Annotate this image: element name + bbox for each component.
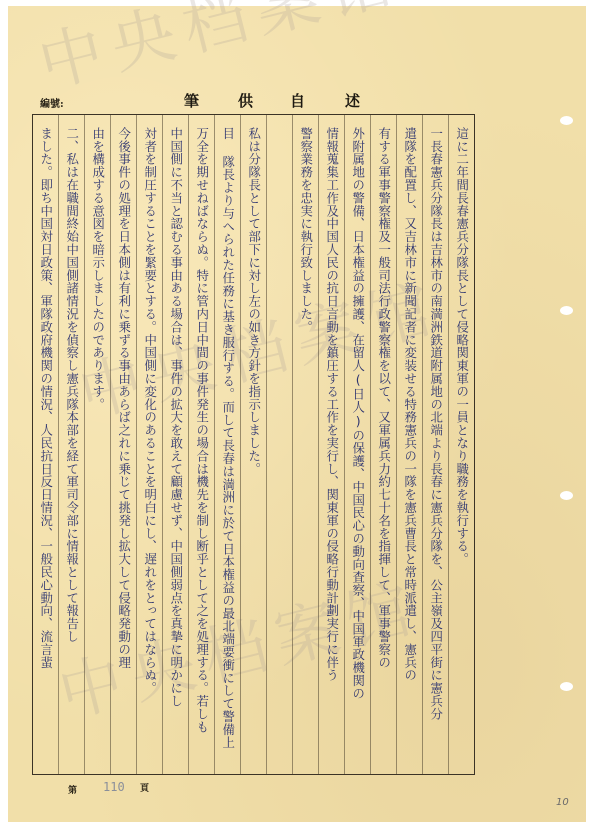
column-text: 一長春憲兵分隊長は吉林市の南満洲鉄道附属地の北端より長春に憲兵分隊を、公主嶺及四… (429, 127, 441, 720)
text-column: 由を構成する意図を暗示しましたのであります。 (84, 115, 110, 774)
column-text: 万全を期せねばならぬ。特に管内日中間の事件発生の場合は機先を制し断乎として之を処… (195, 127, 207, 733)
text-column: ました。即ち中国対日政策、軍隊政府機関の情況、人民抗日反日情況、一般民心動向、流… (33, 115, 58, 774)
text-column: 這に二年間長春憲兵分隊長として侵略関東軍の一員となり職務を執行する。 (448, 115, 474, 774)
title-char: 述 (345, 90, 360, 111)
title-char: 供 (238, 90, 253, 111)
column-text: 外附属地の警備、日本権益の擁護、在留人(日人)の保護、中国民心の動向査察、中国軍… (351, 127, 363, 700)
punch-hole (560, 306, 573, 315)
page-suffix-label: 頁 (140, 781, 149, 794)
text-column: 一長春憲兵分隊長は吉林市の南満洲鉄道附属地の北端より長春に憲兵分隊を、公主嶺及四… (422, 115, 448, 774)
column-text: 目 隊長より与へられた任務に基き服行する。而して長春は満洲に於て日本権益の最北端… (221, 127, 233, 749)
column-text: 二、私は在職間終始中国側諸情況を偵察し憲兵隊本部を経て軍司令部に情報として報告し (65, 127, 77, 643)
column-text: 遣隊を配置し、又吉林市に新聞記者に変装せる特務憲兵の一隊を憲兵曹長と常時派遣し、… (403, 127, 415, 682)
column-text: 這に二年間長春憲兵分隊長として侵略関東軍の一員となり職務を執行する。 (455, 127, 467, 566)
column-text: 由を構成する意図を暗示しましたのであります。 (91, 127, 103, 411)
text-column (266, 115, 292, 774)
column-text: 情報蒐集工作及中国人民の抗日言動を鎮圧する工作を実行し、関東軍の侵略行動計劃実行… (325, 127, 337, 682)
text-column: 対者を制圧することを緊要とする。中国側に変化のあることを明白にし、遅れをとっては… (136, 115, 162, 774)
column-text: 今後事件の処理を日本側は有利に乗ずる事由あらば之れに乗じて挑発し拡大して侵略発動… (117, 127, 129, 669)
text-column: 私は分隊長として部下に対し左の如き方針を指示しました。 (240, 115, 266, 774)
punch-hole (560, 491, 573, 500)
text-column: 目 隊長より与へられた任務に基き服行する。而して長春は満洲に於て日本権益の最北端… (214, 115, 240, 774)
title-char: 筆 (184, 90, 199, 111)
page-prefix-label: 第 (68, 783, 77, 796)
text-column: 外附属地の警備、日本権益の擁護、在留人(日人)の保護、中国民心の動向査察、中国軍… (344, 115, 370, 774)
page-number: 110 (103, 780, 125, 794)
punch-hole (560, 116, 573, 125)
column-text: 警察業務を忠実に執行致しました。 (299, 127, 311, 333)
text-column: 万全を期せねばならぬ。特に管内日中間の事件発生の場合は機先を制し断乎として之を処… (188, 115, 214, 774)
title-char: 自 (290, 90, 305, 111)
column-text: ました。即ち中国対日政策、軍隊政府機関の情況、人民抗日反日情況、一般民心動向、流… (39, 127, 51, 669)
column-text: 有する軍事警察権及一般司法行政警察権を以て、又軍属兵力約七十名を指揮して、軍事警… (377, 127, 389, 669)
handwritten-corner-number: 10 (556, 797, 569, 808)
text-column: 中国側に不当と認むる事由ある場合は、事件の拡大を敢えて顧慮せず、中国側弱点を真摯… (162, 115, 188, 774)
text-column: 警察業務を忠実に執行致しました。 (292, 115, 318, 774)
column-text: 対者を制圧することを緊要とする。中国側に変化のあることを明白にし、遅れをとっては… (143, 127, 155, 695)
column-text: 中国側に不当と認むる事由ある場合は、事件の拡大を敢えて顧慮せず、中国側弱点を真摯… (169, 127, 181, 708)
reference-number-label: 編號: (40, 95, 64, 110)
text-column: 情報蒐集工作及中国人民の抗日言動を鎮圧する工作を実行し、関東軍の侵略行動計劃実行… (318, 115, 344, 774)
manuscript-grid: 這に二年間長春憲兵分隊長として侵略関東軍の一員となり職務を執行する。 一長春憲兵… (32, 114, 475, 775)
text-column: 二、私は在職間終始中国側諸情況を偵察し憲兵隊本部を経て軍司令部に情報として報告し (58, 115, 84, 774)
text-column: 今後事件の処理を日本側は有利に乗ずる事由あらば之れに乗じて挑発し拡大して侵略発動… (110, 115, 136, 774)
text-column: 有する軍事警察権及一般司法行政警察権を以て、又軍属兵力約七十名を指揮して、軍事警… (370, 115, 396, 774)
text-column: 遣隊を配置し、又吉林市に新聞記者に変装せる特務憲兵の一隊を憲兵曹長と常時派遣し、… (396, 115, 422, 774)
column-text: 私は分隊長として部下に対し左の如き方針を指示しました。 (247, 127, 259, 475)
punch-hole (560, 682, 573, 691)
